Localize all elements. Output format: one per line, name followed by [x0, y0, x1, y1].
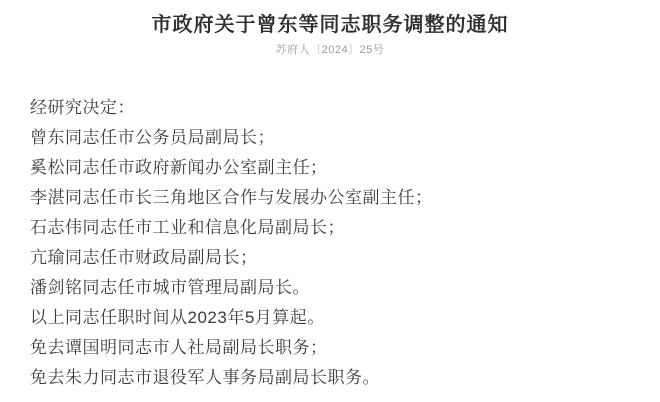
notice-line: 亢瑜同志任市财政局副局长； — [30, 243, 630, 273]
notice-line: 潘剑铭同志任市城市管理局副局长。 — [30, 273, 630, 303]
notice-page: 市政府关于曾东等同志职务调整的通知 苏府人〔2024〕25号 经研究决定： 曾东… — [0, 0, 660, 402]
notice-body: 经研究决定： 曾东同志任市公务员局副局长； 奚松同志任市政府新闻办公室副主任； … — [0, 93, 660, 393]
notice-line: 曾东同志任市公务员局副局长； — [30, 123, 630, 153]
notice-line: 奚松同志任市政府新闻办公室副主任； — [30, 153, 630, 183]
notice-doc-number: 苏府人〔2024〕25号 — [0, 44, 660, 57]
notice-title: 市政府关于曾东等同志职务调整的通知 — [0, 13, 660, 37]
notice-line: 李湛同志任市长三角地区合作与发展办公室副主任； — [30, 183, 630, 213]
notice-line: 石志伟同志任市工业和信息化局副局长； — [30, 213, 630, 243]
notice-line: 经研究决定： — [30, 93, 630, 123]
notice-header: 市政府关于曾东等同志职务调整的通知 苏府人〔2024〕25号 — [0, 0, 660, 57]
notice-line: 以上同志任职时间从2023年5月算起。 — [30, 303, 630, 333]
notice-line: 免去朱力同志市退役军人事务局副局长职务。 — [30, 363, 630, 393]
notice-line: 免去谭国明同志市人社局副局长职务； — [30, 333, 630, 363]
